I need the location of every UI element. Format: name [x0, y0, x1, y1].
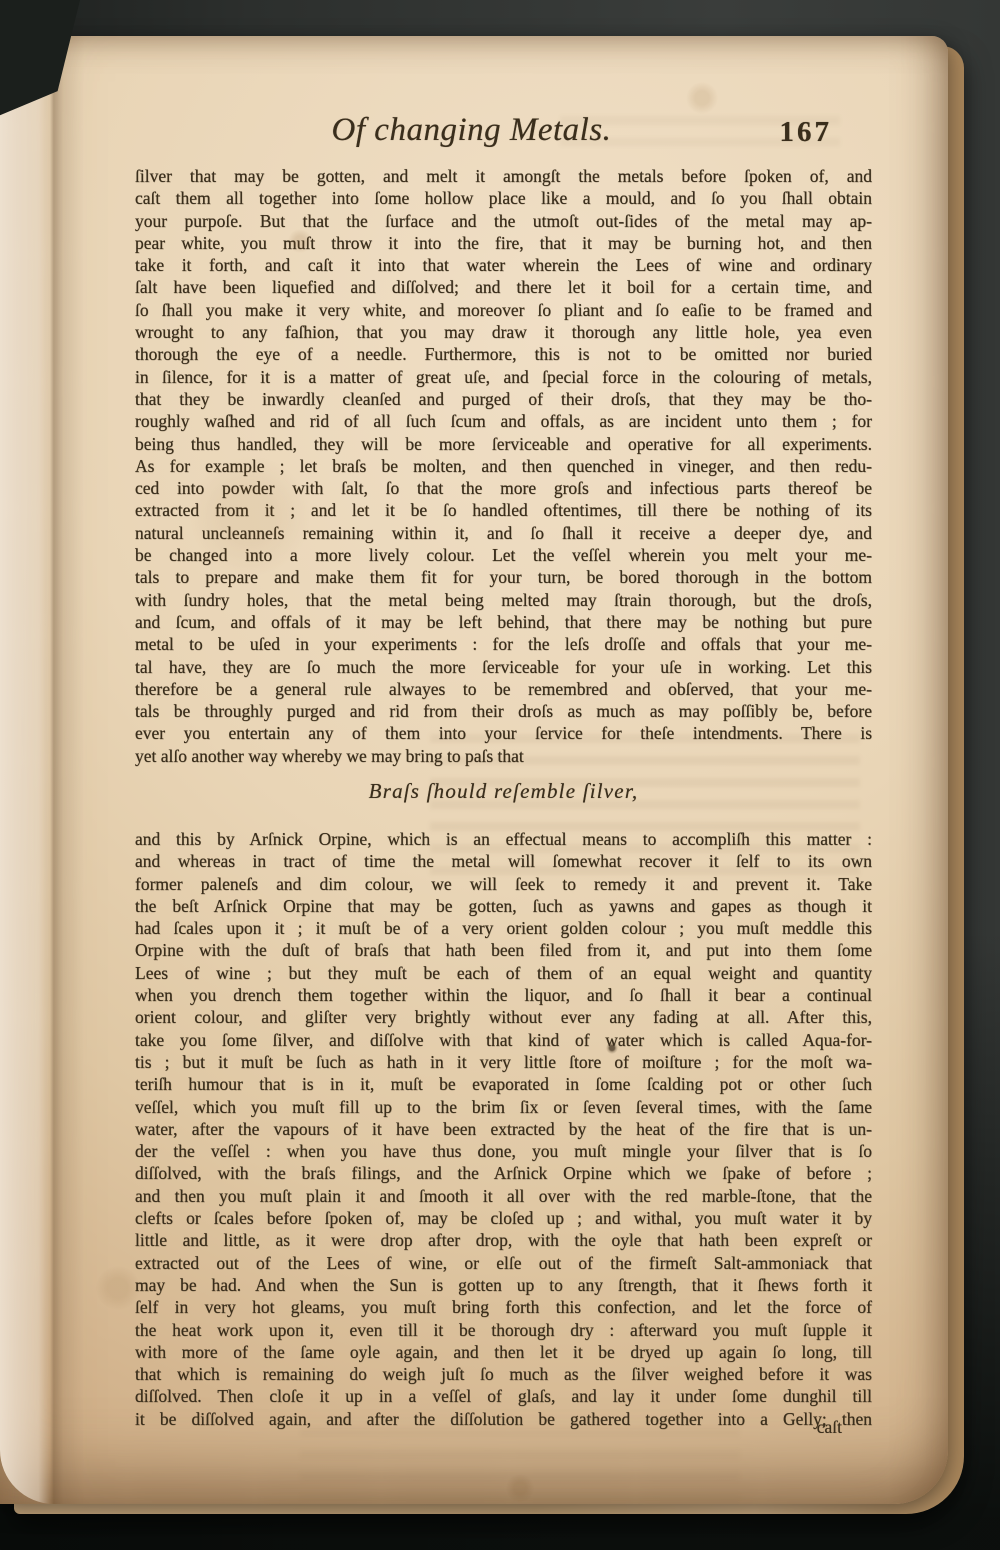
page-number: 167: [780, 116, 833, 149]
text-line: ever you entertain any of them into your…: [135, 722, 872, 744]
catchword: caſt: [817, 1417, 842, 1438]
text-line: former paleneſs and dim colour, we will …: [135, 873, 872, 895]
text-line: As for example ; let braſs be molten, an…: [135, 455, 872, 477]
text-line: being thus handled, they will be more ſe…: [135, 433, 872, 455]
book-page: Of changing Metals. 167 ſilver that may …: [0, 36, 948, 1504]
text-line: pear white, you muſt throw it into the f…: [135, 232, 872, 254]
text-line: had ſcales upon it ; it muſt be of a ver…: [135, 917, 872, 939]
text-line: roughly waſhed and rid of all ſuch ſcum …: [135, 410, 872, 432]
text-line: little and little, as it were drop after…: [135, 1229, 872, 1251]
text-line: caſt them all together into ſome hollow …: [135, 187, 872, 209]
paragraph-1: ſilver that may be gotten, and melt it a…: [135, 165, 872, 767]
text-line: metal to be uſed in your experiments : f…: [135, 633, 872, 655]
text-line: yet alſo another way whereby we may brin…: [135, 745, 872, 767]
text-line: ſalt have been liquefied and diſſolved; …: [135, 276, 872, 298]
text-line: the heat work upon it, even till it be t…: [135, 1319, 872, 1341]
text-line: tal have, they are ſo much the more ſerv…: [135, 656, 872, 678]
text-line: be changed into a more lively colour. Le…: [135, 544, 872, 566]
running-title: Of changing Metals.: [103, 112, 840, 149]
text-line: your purpoſe. But that the ſurface and t…: [135, 210, 872, 232]
text-line: and then you muſt plain it and ſmooth it…: [135, 1185, 872, 1207]
text-line: Lees of wine ; but they muſt be each of …: [135, 962, 872, 984]
text-line: tis ; but it muſt be ſuch as hath in it …: [135, 1051, 872, 1073]
text-line: ced into powder with ſalt, ſo that the m…: [135, 477, 872, 499]
text-line: thorough the eye of a needle. Furthermor…: [135, 343, 872, 365]
text-line: may be had. And when the Sun is gotten u…: [135, 1274, 872, 1296]
text-line: that which is remaining do weigh juſt ſo…: [135, 1363, 872, 1385]
page-header: Of changing Metals. 167: [135, 112, 872, 160]
text-line: with ſundry holes, that the metal being …: [135, 589, 872, 611]
text-line: and whereas in tract of time the metal w…: [135, 850, 872, 872]
text-line: tals to prepare and make them fit for yo…: [135, 566, 872, 588]
text-line: therefore be a general rule alwayes to b…: [135, 678, 872, 700]
text-line: natural uncleanneſs remaining within it,…: [135, 522, 872, 544]
section-heading: Braſs ſhould reſemble ſilver,: [135, 779, 872, 804]
text-line: Orpine with the duſt of braſs that hath …: [135, 939, 872, 961]
text-line: der the veſſel : when you have thus done…: [135, 1140, 872, 1162]
text-line: take you ſome ſilver, and diſſolve with …: [135, 1029, 872, 1051]
text-line: ſilver that may be gotten, and melt it a…: [135, 165, 872, 187]
text-line: that they be inwardly cleanſed and purge…: [135, 388, 872, 410]
bleedthrough-overlay: [300, 1428, 740, 1500]
text-line: and ſcum, and offals of it may be left b…: [135, 611, 872, 633]
text-line: extracted out of the Lees of wine, or el…: [135, 1252, 872, 1274]
text-line: tals be throughly purged and rid from th…: [135, 700, 872, 722]
text-line: ſo ſhall you make it very white, and mor…: [135, 299, 872, 321]
paragraph-2: and this by Arſnick Orpine, which is an …: [135, 828, 872, 1430]
text-line: ſelf in very hot gleams, you muſt bring …: [135, 1296, 872, 1318]
text-line: in ſilence, for it is a matter of great …: [135, 366, 872, 388]
text-line: diſſolved, with the braſs filings, and t…: [135, 1162, 872, 1184]
text-line: the beſt Arſnick Orpine that may be gott…: [135, 895, 872, 917]
text-line: clefts or ſcales before ſpoken of, may b…: [135, 1207, 872, 1229]
text-line: extracted from it ; and let it be ſo han…: [135, 499, 872, 521]
text-line: diſſolved. Then cloſe it up in a veſſel …: [135, 1385, 872, 1407]
gutter-shadow: [0, 36, 96, 1504]
text-line: it be diſſolved again, and after the diſ…: [135, 1408, 872, 1430]
text-line: orient colour, and gliſter very brightly…: [135, 1006, 872, 1028]
text-line: take it forth, and caſt it into that wat…: [135, 254, 872, 276]
text-line: teriſh humour that is in it, muſt be eva…: [135, 1073, 872, 1095]
text-line: when you drench them together within the…: [135, 984, 872, 1006]
text-line: with more of the ſame oyle again, and th…: [135, 1341, 872, 1363]
text-line: wrought to any faſhion, that you may dra…: [135, 321, 872, 343]
text-line: veſſel, which you muſt fill up to the br…: [135, 1096, 872, 1118]
text-line: water, after the vapours of it have been…: [135, 1118, 872, 1140]
text-line: and this by Arſnick Orpine, which is an …: [135, 828, 872, 850]
